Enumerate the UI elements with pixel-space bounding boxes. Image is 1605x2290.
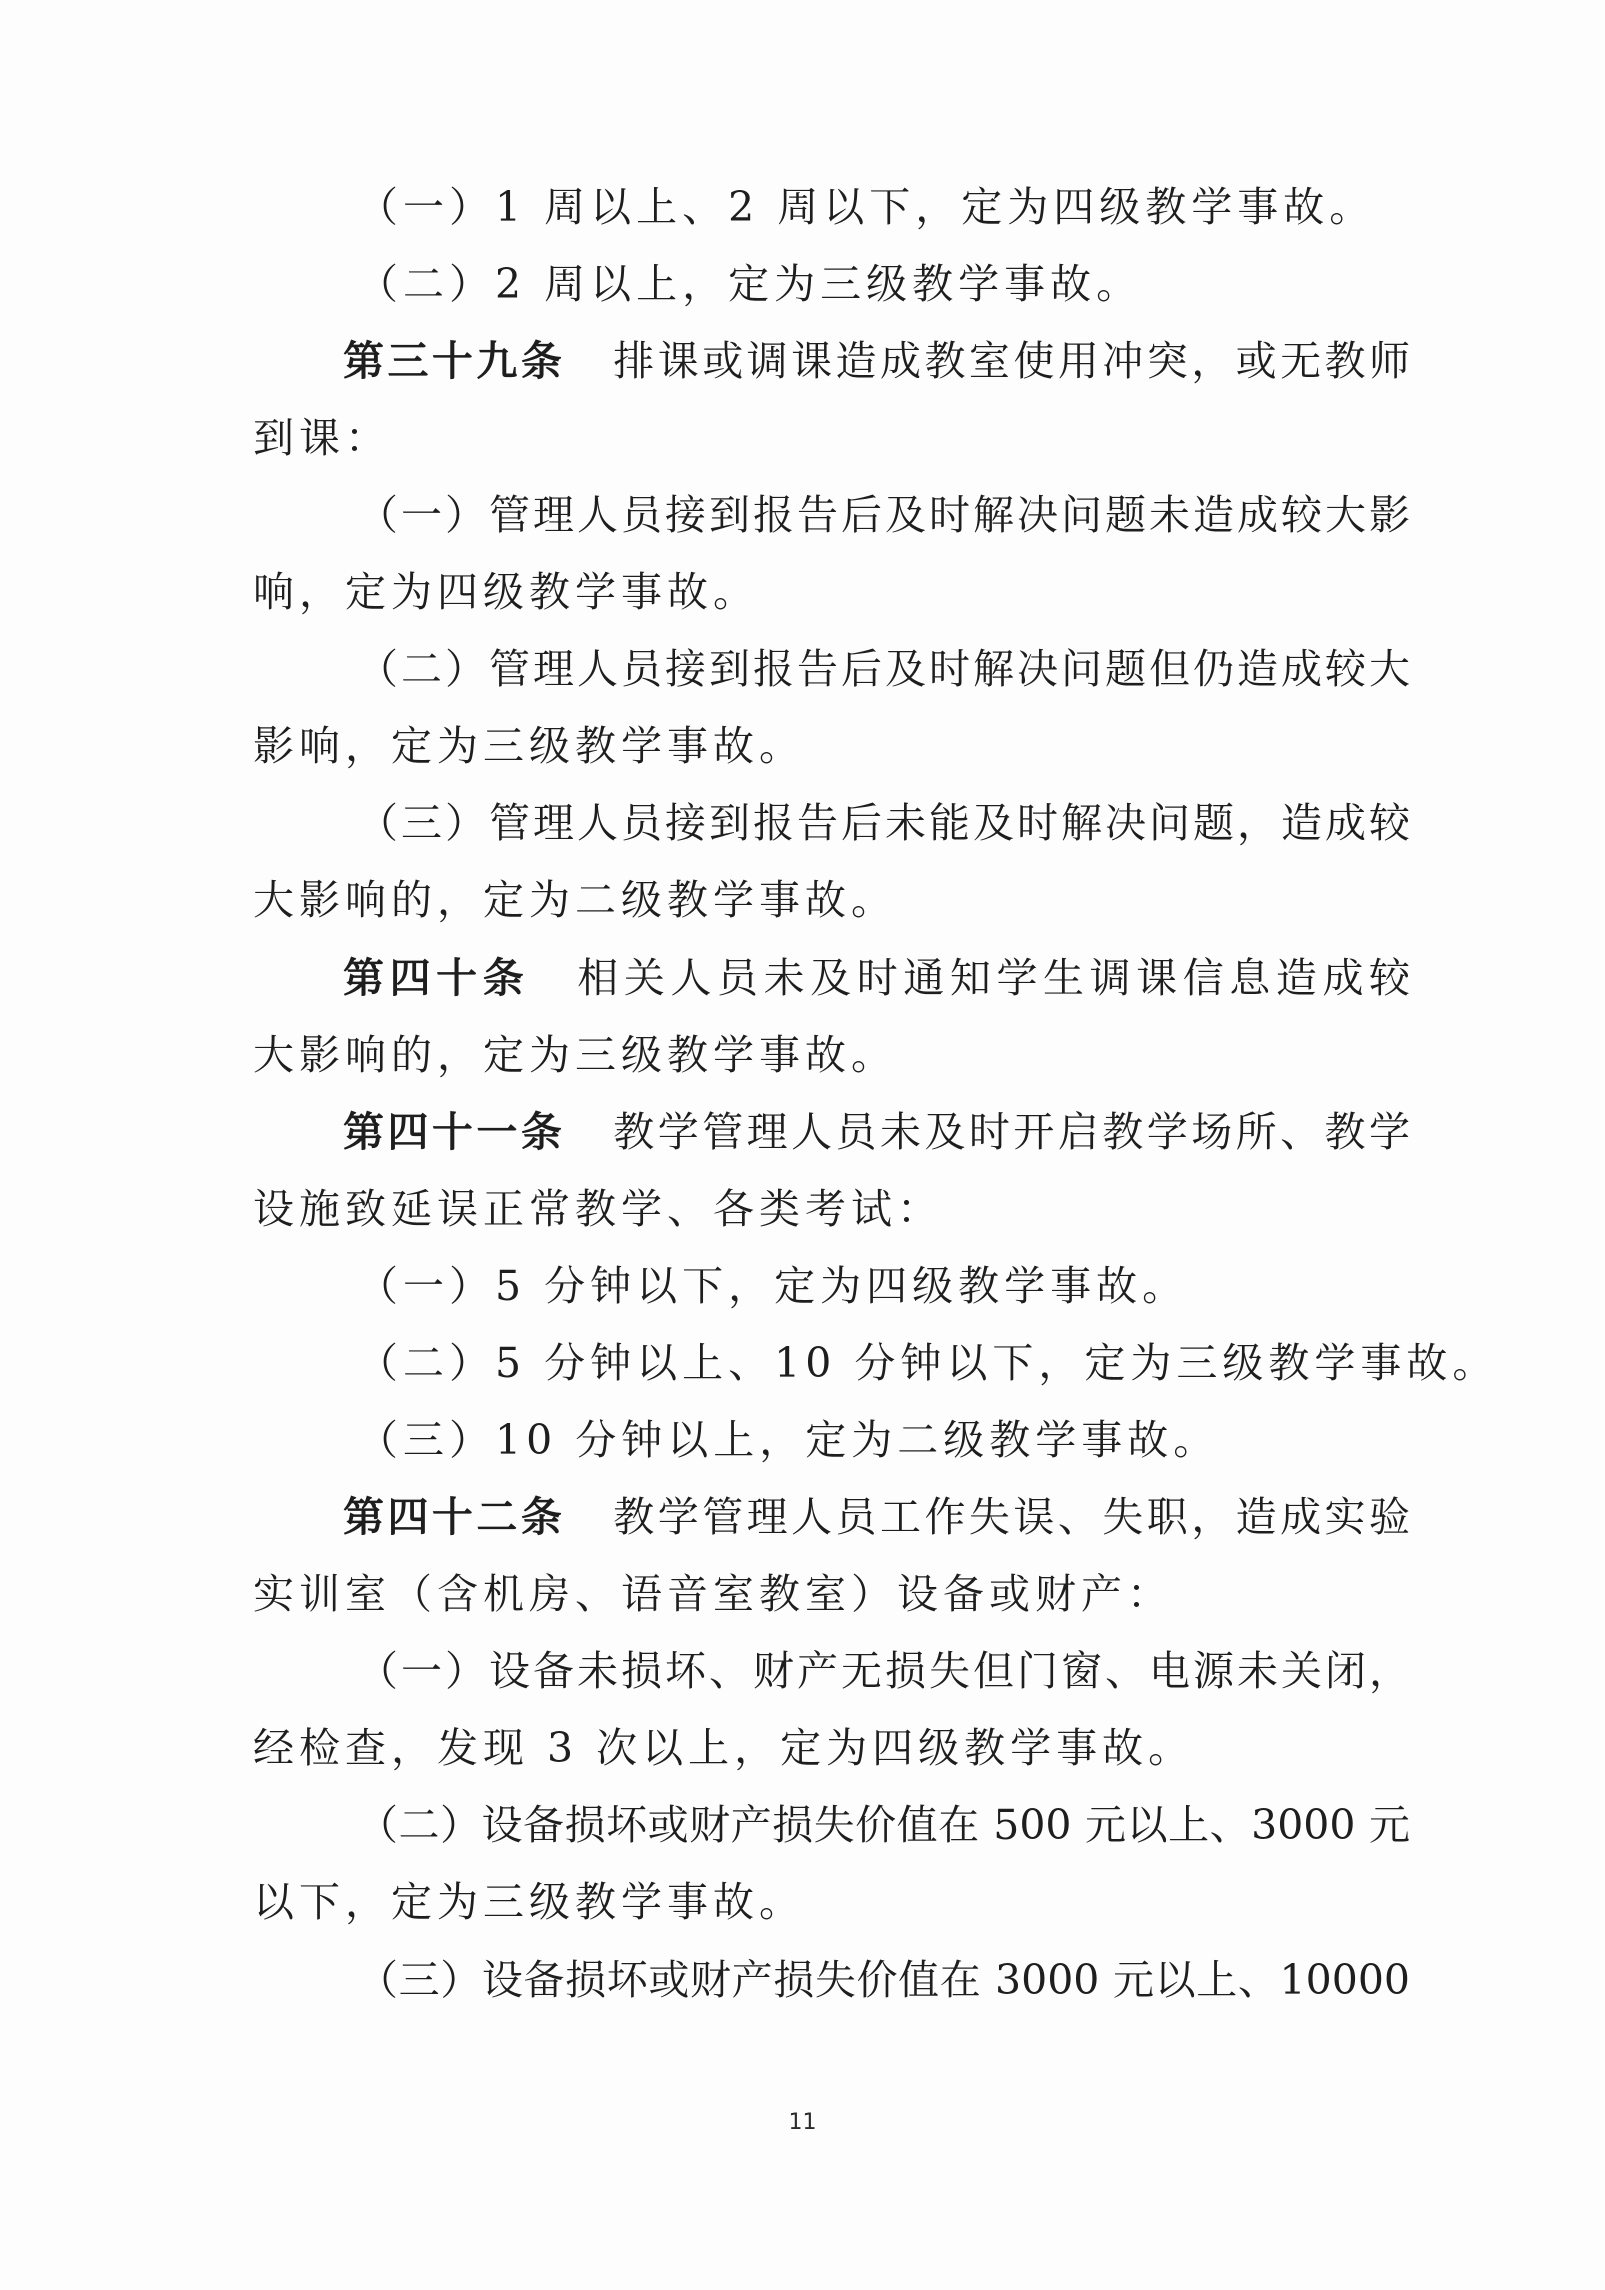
clause-item: （一）管理人员接到报告后及时解决问题未造成较大影: [357, 485, 1410, 545]
document-page: （一）1 周以上、2 周以下，定为四级教学事故。 （二）2 周以上，定为三级教学…: [0, 0, 1605, 2290]
line-text: （二）5 分钟以上、10 分钟以下，定为三级教学事故。: [357, 1339, 1498, 1387]
continuation-line: 影响，定为三级教学事故。: [253, 716, 805, 776]
line-text: 教学管理人员工作失误、失职，造成实验: [613, 1493, 1410, 1541]
line-text: （三）管理人员接到报告后未能及时解决问题，造成较: [357, 799, 1410, 847]
line-text: 以下，定为三级教学事故。: [253, 1878, 805, 1926]
continuation-line: 到课：: [253, 408, 391, 468]
line-text: 排课或调课造成教室使用冲突，或无教师: [613, 337, 1410, 385]
clause-item: （二）管理人员接到报告后及时解决问题但仍造成较大: [357, 639, 1410, 699]
line-text: （一）设备未损坏、财产无损失但门窗、电源未关闭，: [357, 1647, 1410, 1695]
clause-item: （一）5 分钟以下，定为四级教学事故。: [357, 1256, 1188, 1316]
line-text: 大影响的，定为二级教学事故。: [253, 876, 897, 924]
line-text: 教学管理人员未及时开启教学场所、教学: [613, 1108, 1410, 1156]
article-41: 第四十一条教学管理人员未及时开启教学场所、教学: [343, 1102, 1410, 1162]
clause-item: （三）设备损坏或财产损失价值在 3000 元以上、10000: [357, 1950, 1410, 2010]
article-heading: 第四十条: [343, 954, 529, 1002]
line-text: 到课：: [253, 414, 391, 462]
article-42: 第四十二条教学管理人员工作失误、失职，造成实验: [343, 1487, 1410, 1547]
line-text: 大影响的，定为三级教学事故。: [253, 1031, 897, 1079]
continuation-line: 大影响的，定为二级教学事故。: [253, 870, 897, 930]
line-text: 实训室（含机房、语音室教室）设备或财产：: [253, 1570, 1173, 1618]
clause-item: （二）5 分钟以上、10 分钟以下，定为三级教学事故。: [357, 1333, 1498, 1393]
line-text: （一）5 分钟以下，定为四级教学事故。: [357, 1262, 1188, 1310]
continuation-line: 以下，定为三级教学事故。: [253, 1872, 805, 1932]
line-text: 经检查，发现 3 次以上，定为四级教学事故。: [253, 1724, 1194, 1772]
clause-item: （二）2 周以上，定为三级教学事故。: [357, 254, 1142, 314]
continuation-line: 大影响的，定为三级教学事故。: [253, 1025, 897, 1085]
article-heading: 第三十九条: [343, 337, 565, 385]
line-text: （三）10 分钟以上，定为二级教学事故。: [357, 1416, 1219, 1464]
clause-item: （一）1 周以上、2 周以下，定为四级教学事故。: [357, 177, 1375, 237]
line-text: 设施致延误正常教学、各类考试：: [253, 1185, 943, 1233]
clause-item: （三）10 分钟以上，定为二级教学事故。: [357, 1410, 1219, 1470]
line-text: 影响，定为三级教学事故。: [253, 722, 805, 770]
continuation-line: 设施致延误正常教学、各类考试：: [253, 1179, 943, 1239]
article-39: 第三十九条排课或调课造成教室使用冲突，或无教师: [343, 331, 1410, 391]
line-text: 响，定为四级教学事故。: [253, 568, 759, 616]
line-text: （一）管理人员接到报告后及时解决问题未造成较大影: [357, 491, 1410, 539]
article-40: 第四十条相关人员未及时通知学生调课信息造成较: [343, 948, 1410, 1008]
clause-item: （二）设备损坏或财产损失价值在 500 元以上、3000 元: [357, 1795, 1410, 1855]
line-text: （二）设备损坏或财产损失价值在 500 元以上、3000 元: [357, 1801, 1410, 1849]
clause-item: （三）管理人员接到报告后未能及时解决问题，造成较: [357, 793, 1410, 853]
continuation-line: 实训室（含机房、语音室教室）设备或财产：: [253, 1564, 1173, 1624]
line-text: 相关人员未及时通知学生调课信息造成较: [577, 954, 1410, 1002]
article-heading: 第四十一条: [343, 1108, 565, 1156]
continuation-line: 响，定为四级教学事故。: [253, 562, 759, 622]
line-text: （三）设备损坏或财产损失价值在 3000 元以上、10000: [357, 1956, 1410, 2004]
line-text: （一）1 周以上、2 周以下，定为四级教学事故。: [357, 183, 1375, 231]
page-number: 11: [0, 2110, 1605, 2135]
article-heading: 第四十二条: [343, 1493, 565, 1541]
line-text: （二）2 周以上，定为三级教学事故。: [357, 260, 1142, 308]
line-text: （二）管理人员接到报告后及时解决问题但仍造成较大: [357, 645, 1410, 693]
continuation-line: 经检查，发现 3 次以上，定为四级教学事故。: [253, 1718, 1194, 1778]
clause-item: （一）设备未损坏、财产无损失但门窗、电源未关闭，: [357, 1641, 1410, 1701]
